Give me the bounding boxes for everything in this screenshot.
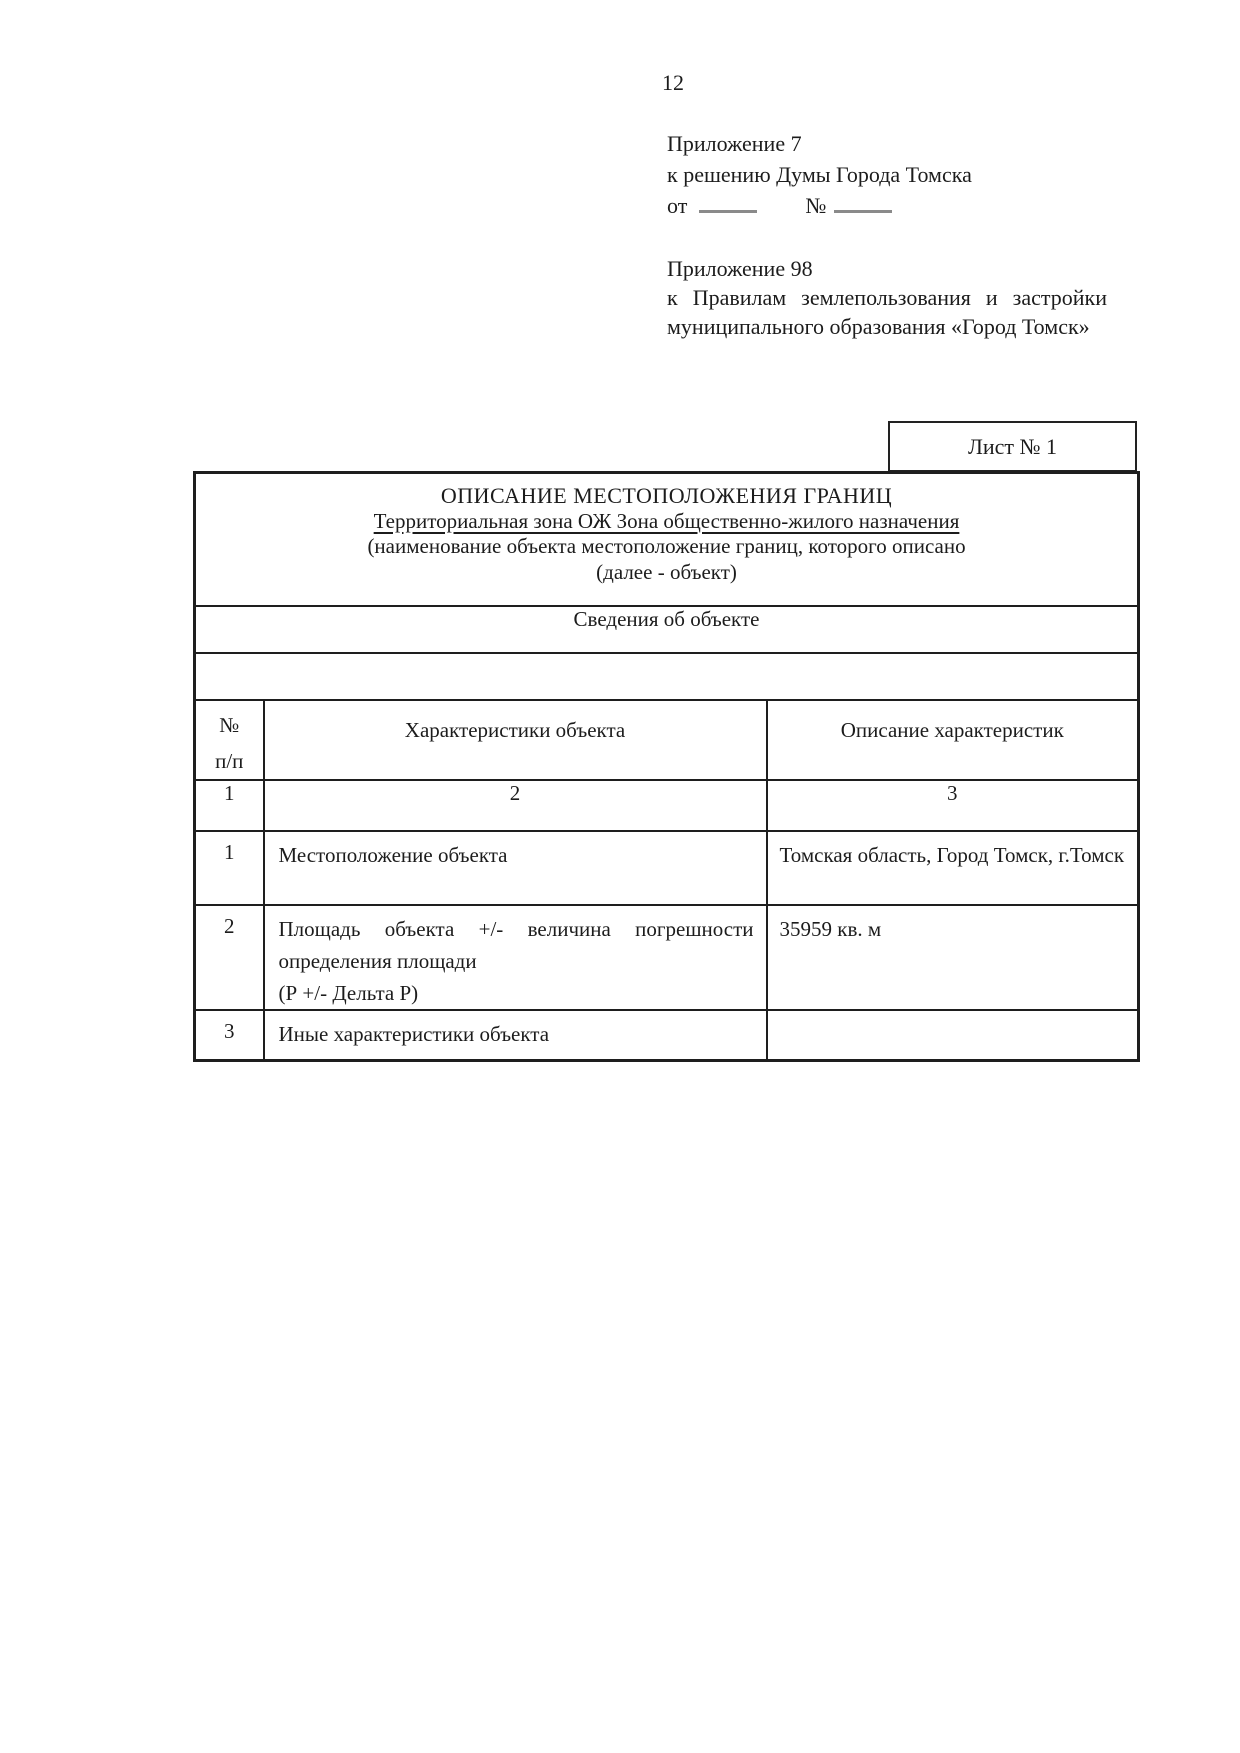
object-name-note-line1: (наименование объекта местоположение гра…	[196, 534, 1137, 560]
date-number-line: от№	[667, 190, 972, 221]
number-sign: №	[805, 193, 826, 218]
object-name-note-line2: (далее - объект)	[196, 560, 1137, 586]
num-header-line2: п/п	[196, 743, 263, 779]
annex-decision-subtitle: к решению Думы Города Томска	[667, 159, 972, 190]
num-header-line1: №	[196, 707, 263, 743]
date-blank	[699, 192, 757, 213]
annex-rules-line2: к Правилам землепользования и застройки	[667, 283, 1107, 312]
column-number-2: 2	[264, 780, 767, 831]
column-header-description: Описание характеристик	[767, 700, 1139, 780]
characteristic-line1: Площадь объекта +/- величина погрешности	[279, 913, 754, 945]
table-title-cell: ОПИСАНИЕ МЕСТОПОЛОЖЕНИЯ ГРАНИЦ Территори…	[195, 473, 1139, 606]
annex-decision-title: Приложение 7	[667, 128, 972, 159]
column-header-characteristics: Характеристики объекта	[264, 700, 767, 780]
row-number: 1	[195, 831, 264, 905]
table-title-row: ОПИСАНИЕ МЕСТОПОЛОЖЕНИЯ ГРАНИЦ Территори…	[195, 473, 1139, 606]
date-label: от	[667, 193, 687, 218]
annex-decision-block: Приложение 7 к решению Думы Города Томск…	[667, 128, 972, 221]
zone-name: Территориальная зона ОЖ Зона общественно…	[196, 509, 1137, 535]
characteristic-line3: (Р +/- Дельта Р)	[279, 977, 754, 1009]
document-title: ОПИСАНИЕ МЕСТОПОЛОЖЕНИЯ ГРАНИЦ	[196, 483, 1137, 509]
boundaries-description-table: ОПИСАНИЕ МЕСТОПОЛОЖЕНИЯ ГРАНИЦ Территори…	[193, 471, 1140, 1062]
characteristic-cell: Иные характеристики объекта	[264, 1010, 767, 1061]
characteristic-cell: Площадь объекта +/- величина погрешности…	[264, 905, 767, 1010]
description-cell: Томская область, Город Томск, г.Томск	[767, 831, 1139, 905]
empty-cell	[195, 653, 1139, 700]
sheet-number-label: Лист № 1	[968, 434, 1057, 460]
document-page: 12 Приложение 7 к решению Думы Города То…	[0, 0, 1240, 1753]
table-row: 3 Иные характеристики объекта	[195, 1010, 1139, 1061]
annex-rules-line3: муниципального образования «Город Томск»	[667, 312, 1107, 341]
description-cell	[767, 1010, 1139, 1061]
annex-rules-block: Приложение 98 к Правилам землепользовани…	[667, 254, 1107, 341]
table-row: 1 Местоположение объекта Томская область…	[195, 831, 1139, 905]
characteristic-cell: Местоположение объекта	[264, 831, 767, 905]
row-number: 3	[195, 1010, 264, 1061]
description-cell: 35959 кв. м	[767, 905, 1139, 1010]
empty-row	[195, 653, 1139, 700]
column-number-1: 1	[195, 780, 264, 831]
column-header-num: № п/п	[195, 700, 264, 780]
table-row: 2 Площадь объекта +/- величина погрешнос…	[195, 905, 1139, 1010]
column-header-row: № п/п Характеристики объекта Описание ха…	[195, 700, 1139, 780]
column-numbering-row: 1 2 3	[195, 780, 1139, 831]
characteristic-line2: определения площади	[279, 945, 754, 977]
annex-rules-title: Приложение 98	[667, 254, 1107, 283]
sheet-number-box: Лист № 1	[888, 421, 1137, 472]
section-header-cell: Сведения об объекте	[195, 606, 1139, 653]
page-number: 12	[662, 70, 684, 96]
column-number-3: 3	[767, 780, 1139, 831]
number-blank	[834, 192, 892, 213]
row-number: 2	[195, 905, 264, 1010]
section-header-row: Сведения об объекте	[195, 606, 1139, 653]
